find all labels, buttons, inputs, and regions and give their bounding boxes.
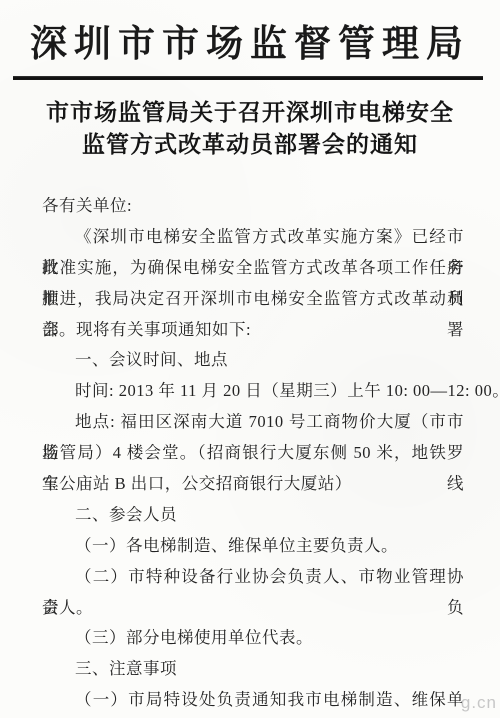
agency-header-title: 深圳市市场监督管理局 xyxy=(0,13,500,67)
body-line: （一）各电梯制造、维保单位主要负责人。 xyxy=(42,531,464,562)
body-line: 批准实施，为确保电梯安全监管方式改革各项工作任务顺利 xyxy=(42,253,464,284)
body-line-salutation: 各有关单位: xyxy=(42,191,464,222)
document-title-line2: 监管方式改革动员部署会的通知 xyxy=(28,129,472,161)
body-line: 推进，我局决定召开深圳市电梯安全监管方式改革动员部署 xyxy=(42,284,464,315)
body-line: （二）市特种设备行业协会负责人、市物业管理协会负 xyxy=(42,562,464,593)
header-divider-rule xyxy=(13,76,483,80)
body-line: （三）部分电梯使用单位代表。 xyxy=(42,623,464,654)
body-heading-1: 一、会议时间、地点 xyxy=(42,345,464,376)
body-line: 监管局）4 楼会堂。（招商银行大厦东侧 50 米，地铁罗宝线 xyxy=(42,438,464,469)
body-line: 《深圳市电梯安全监管方式改革实施方案》已经市政府 xyxy=(42,222,464,253)
body-line-time: 时间: 2013 年 11 月 20 日（星期三）上午 10: 00—12: 0… xyxy=(42,376,464,407)
body-line: （一）市局特设处负责通知我市电梯制造、维保单位准 xyxy=(42,685,464,716)
document-body: 各有关单位: 《深圳市电梯安全监管方式改革实施方案》已经市政府 批准实施，为确保… xyxy=(42,191,464,716)
body-heading-2: 二、参会人员 xyxy=(42,500,464,531)
document-title: 市市场监管局关于召开深圳市电梯安全 监管方式改革动员部署会的通知 xyxy=(28,97,472,161)
document-title-line1: 市市场监管局关于召开深圳市电梯安全 xyxy=(28,97,472,129)
site-watermark: g.cn xyxy=(461,693,497,713)
body-line-location: 地点: 福田区深南大道 7010 号工商物价大厦（市市场 xyxy=(42,407,464,438)
scanned-notice-document: 深圳市市场监督管理局 市市场监管局关于召开深圳市电梯安全 监管方式改革动员部署会… xyxy=(0,0,500,718)
body-heading-3: 三、注意事项 xyxy=(42,654,464,685)
